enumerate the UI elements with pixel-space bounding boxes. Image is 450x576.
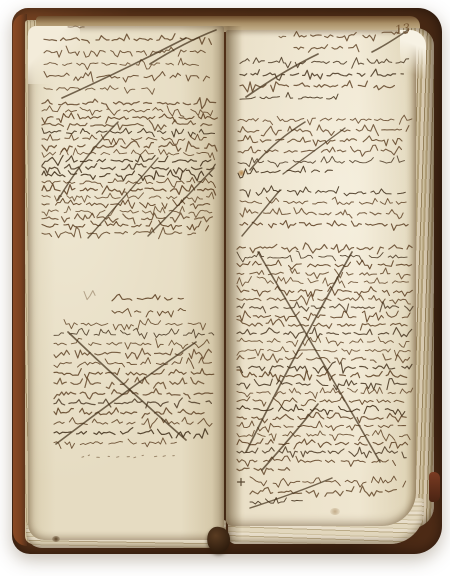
ink-stain	[238, 170, 245, 176]
left-page-corner-repair	[28, 26, 80, 84]
ink-stain	[52, 536, 60, 542]
folio-number: 13	[394, 21, 411, 37]
clasp-remnant	[429, 472, 440, 502]
right-page	[226, 30, 416, 526]
manuscript-photo: 13	[0, 0, 450, 576]
left-page	[28, 26, 224, 540]
gutter-shadow	[212, 26, 242, 542]
stain	[330, 508, 340, 515]
